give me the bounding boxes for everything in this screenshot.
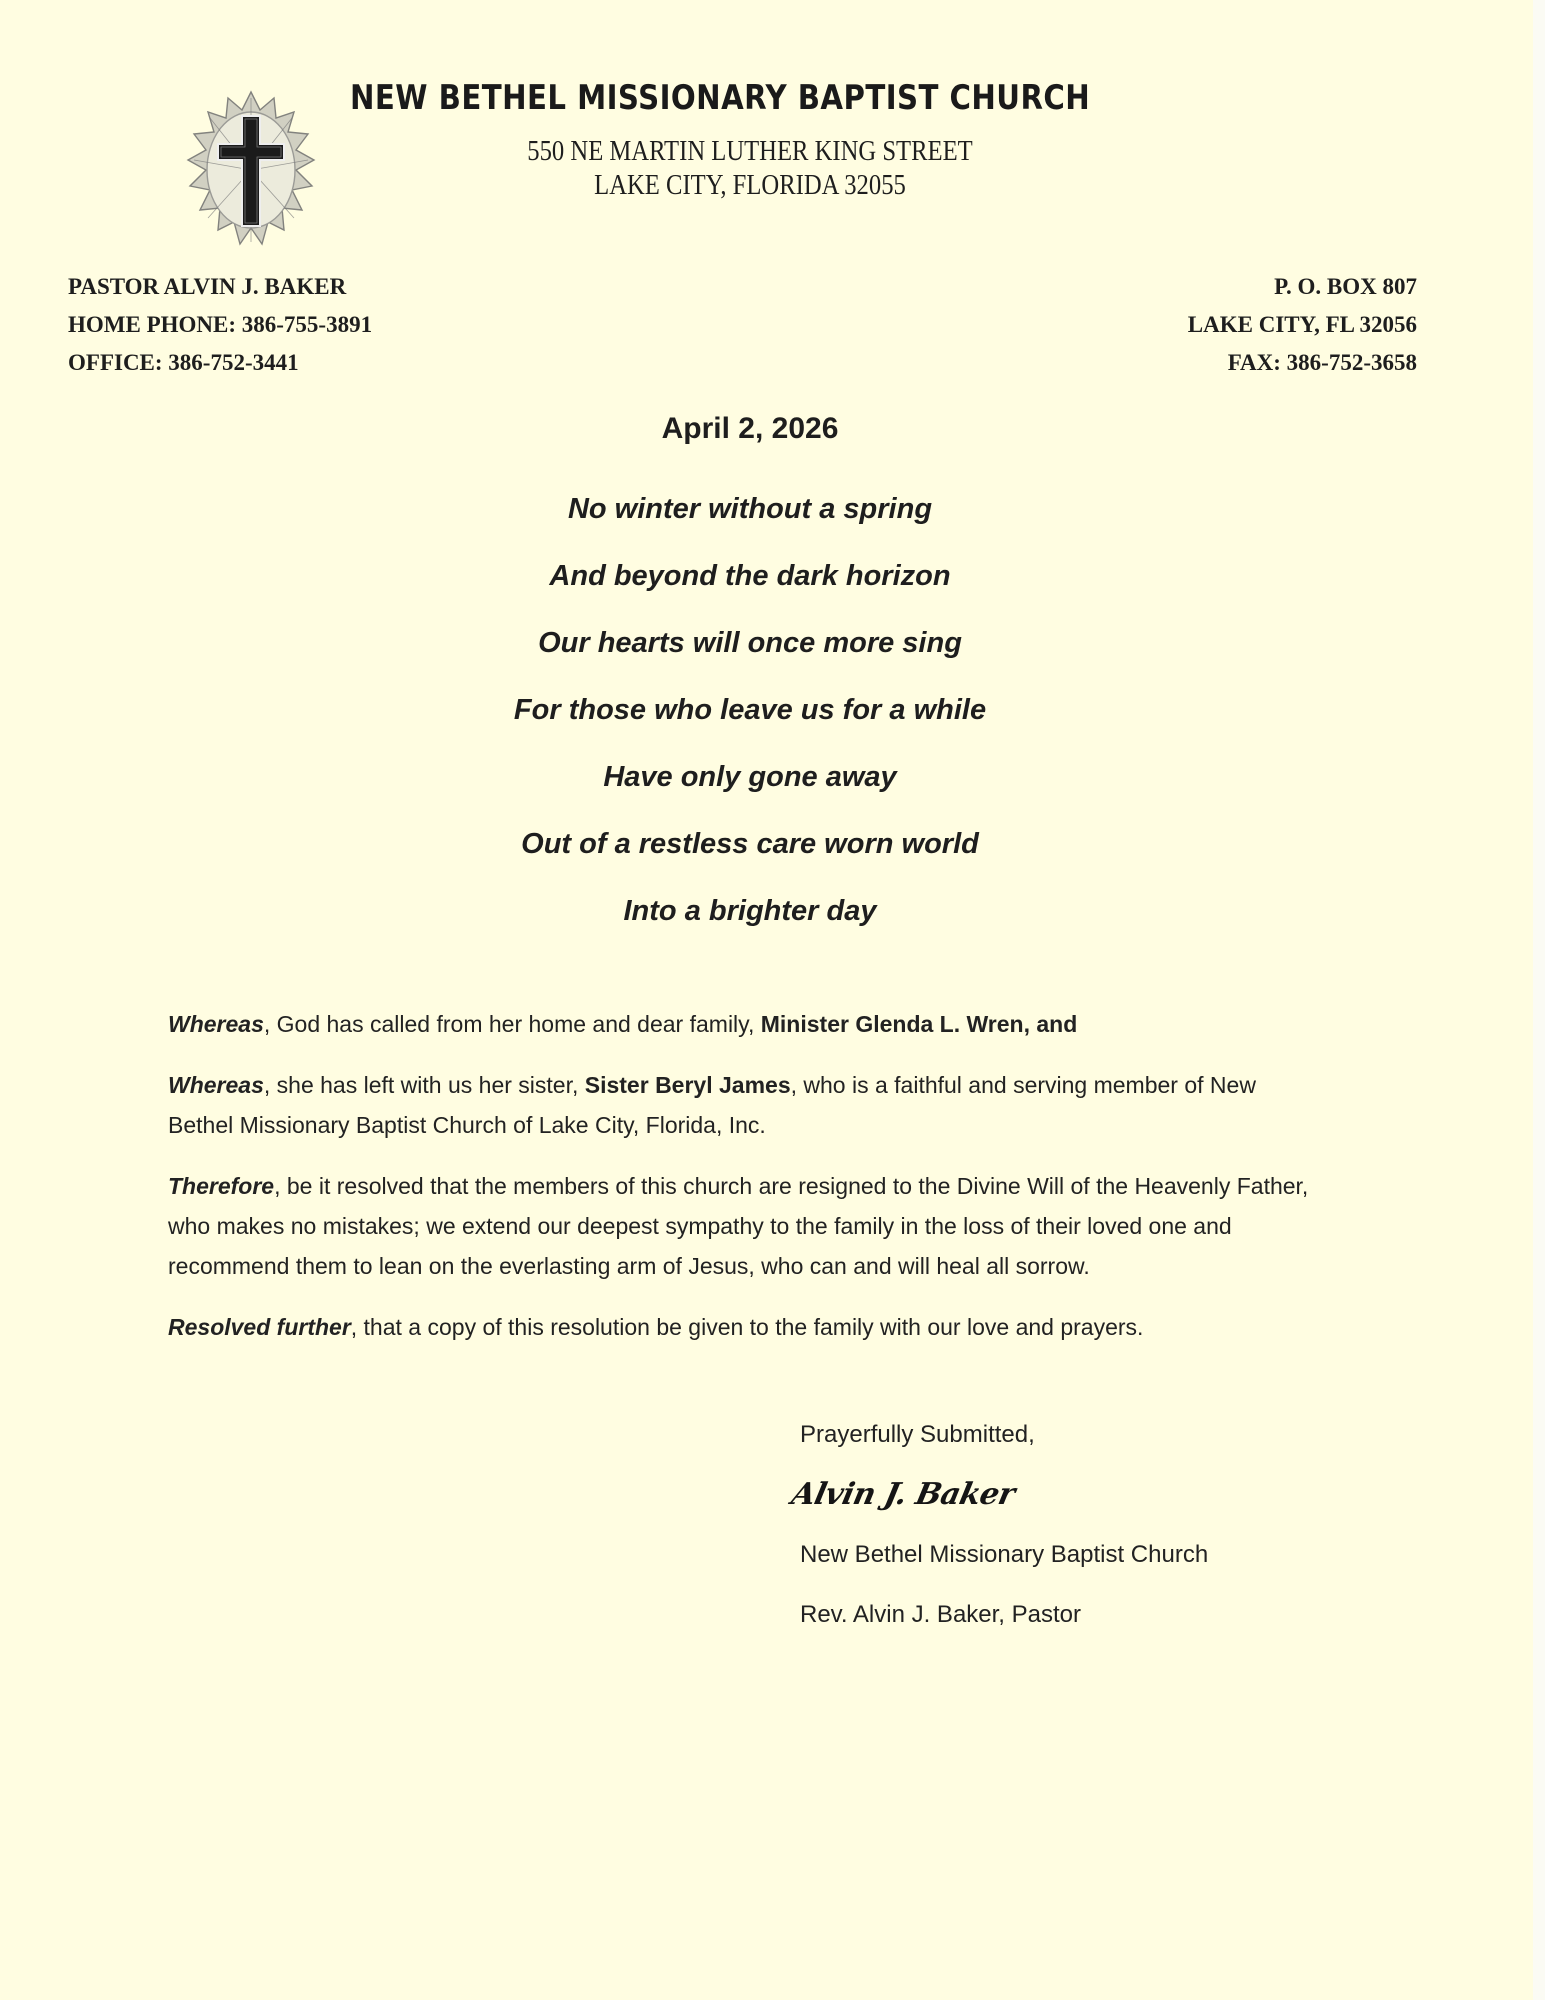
poem-line: Have only gone away <box>300 744 1200 811</box>
deceased-name: Minister Glenda L. Wren, and <box>761 1011 1078 1037</box>
resolution-body: Whereas, God has called from her home an… <box>168 1004 1348 1368</box>
home-phone: HOME PHONE: 386-755-3891 <box>68 306 372 344</box>
poem-line: For those who leave us for a while <box>300 677 1200 744</box>
pastor-name: PASTOR ALVIN J. BAKER <box>68 268 372 306</box>
letter-date: April 2, 2026 <box>300 412 1200 446</box>
page-edge <box>1533 0 1545 2000</box>
poem-line: Out of a restless care worn world <box>300 811 1200 878</box>
po-city: LAKE CITY, FL 32056 <box>1188 306 1417 344</box>
signature-block: Prayerfully Submitted, Alvin J. Baker Ne… <box>800 1405 1208 1645</box>
resolved-further-paragraph: Resolved further, that a copy of this re… <box>168 1307 1348 1347</box>
poem-line: No winter without a spring <box>300 476 1200 543</box>
mailing-contact-block: P. O. BOX 807 LAKE CITY, FL 32056 FAX: 3… <box>1188 268 1417 382</box>
signer-name-title: Rev. Alvin J. Baker, Pastor <box>800 1585 1208 1645</box>
city-state-zip: LAKE CITY, FLORIDA 32055 <box>442 170 1058 202</box>
signer-organization: New Bethel Missionary Baptist Church <box>800 1525 1208 1585</box>
whereas-paragraph-2: Whereas, she has left with us her sister… <box>168 1065 1258 1145</box>
whereas-paragraph-1: Whereas, God has called from her home an… <box>168 1004 1348 1044</box>
office-phone: OFFICE: 386-752-3441 <box>68 344 372 382</box>
poem: No winter without a spring And beyond th… <box>300 476 1200 945</box>
po-box: P. O. BOX 807 <box>1188 268 1417 306</box>
poem-line: Into a brighter day <box>300 878 1200 945</box>
fax-number: FAX: 386-752-3658 <box>1188 344 1417 382</box>
poem-line: Our hearts will once more sing <box>300 610 1200 677</box>
street-address: 550 NE MARTIN LUTHER KING STREET <box>442 136 1058 168</box>
pastor-contact-block: PASTOR ALVIN J. BAKER HOME PHONE: 386-75… <box>68 268 372 382</box>
handwritten-signature: Alvin J. Baker <box>786 1465 1021 1525</box>
therefore-paragraph: Therefore, be it resolved that the membe… <box>168 1166 1318 1286</box>
sister-name: Sister Beryl James <box>585 1072 791 1098</box>
church-name: NEW BETHEL MISSIONARY BAPTIST CHURCH <box>350 78 1038 118</box>
cross-in-sunburst-icon <box>182 88 320 256</box>
poem-line: And beyond the dark horizon <box>300 543 1200 610</box>
closing-salutation: Prayerfully Submitted, <box>800 1405 1208 1465</box>
